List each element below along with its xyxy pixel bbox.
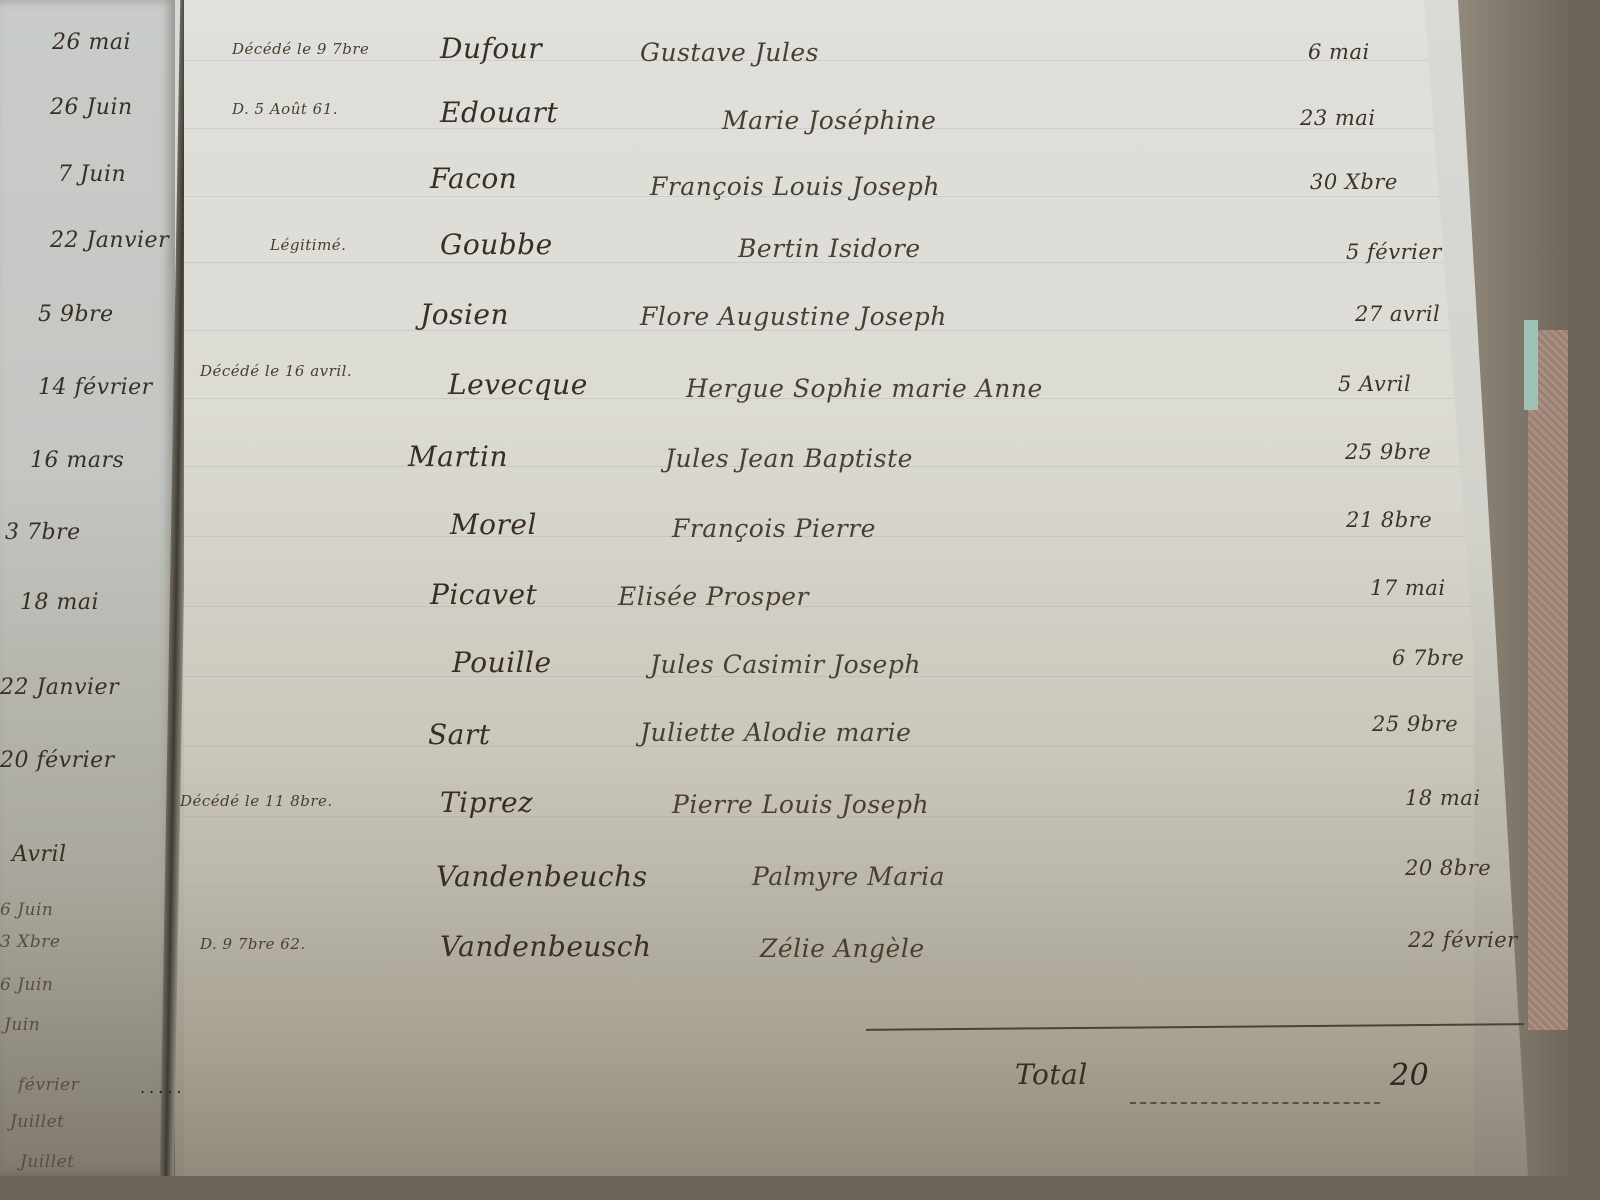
row-given: Marie Joséphine — [722, 106, 936, 135]
left-date: Juillet — [10, 1112, 64, 1132]
left-date: 3 7bre — [5, 520, 81, 545]
row-given: Elisée Prosper — [618, 582, 809, 611]
row-given: Jules Jean Baptiste — [665, 444, 913, 473]
row-date: 18 mai — [1405, 786, 1481, 810]
left-date: 16 mars — [30, 448, 124, 473]
left-date: 26 mai — [52, 30, 131, 55]
row-date: 6 7bre — [1392, 646, 1464, 670]
row-given: Bertin Isidore — [738, 234, 921, 263]
row-surname: Vandenbeusch — [440, 930, 652, 963]
row-date: 5 Avril — [1338, 372, 1411, 396]
row-date: 17 mai — [1370, 576, 1446, 600]
total-label: Total — [1015, 1058, 1088, 1091]
row-note: Décédé le 11 8bre. — [180, 792, 333, 810]
row-date: 25 9bre — [1372, 712, 1458, 736]
row-date: 22 février — [1408, 928, 1518, 952]
left-date: 22 Janvier — [0, 675, 119, 700]
ledger-photo: 26 mai 26 Juin 7 Juin 22 Janvier 5 9bre … — [0, 0, 1568, 1176]
total-leader-dashes — [1130, 1102, 1380, 1104]
row-date: 27 avril — [1355, 302, 1440, 326]
book-cover-lining — [1524, 320, 1538, 410]
row-surname: Levecque — [448, 368, 588, 401]
left-date: 3 Xbre — [0, 932, 60, 952]
row-surname: Morel — [450, 508, 537, 541]
left-date: Juin — [4, 1015, 40, 1035]
row-surname: Tiprez — [440, 786, 533, 819]
row-note: D. 9 7bre 62. — [200, 935, 306, 953]
left-date: 7 Juin — [58, 162, 126, 187]
left-date: 26 Juin — [50, 95, 133, 120]
row-surname: Picavet — [430, 578, 537, 611]
gutter-dots: ..... — [140, 1078, 185, 1097]
row-note: Décédé le 9 7bre — [232, 40, 369, 58]
row-surname: Goubbe — [440, 228, 553, 261]
row-surname: Edouart — [440, 96, 558, 129]
total-value: 20 — [1390, 1058, 1429, 1093]
row-given: François Louis Joseph — [650, 172, 940, 201]
row-given: Jules Casimir Joseph — [650, 650, 921, 679]
row-surname: Facon — [430, 162, 517, 195]
left-date: Juillet — [20, 1152, 74, 1172]
row-date: 30 Xbre — [1310, 170, 1398, 194]
left-date: 18 mai — [20, 590, 99, 615]
row-note: Décédé le 16 avril. — [200, 362, 352, 380]
left-page: 26 mai 26 Juin 7 Juin 22 Janvier 5 9bre … — [0, 0, 175, 1176]
row-date: 5 février — [1346, 240, 1442, 264]
left-date: 6 Juin — [0, 975, 53, 995]
row-given: Flore Augustine Joseph — [640, 302, 947, 331]
row-given: Pierre Louis Joseph — [672, 790, 929, 819]
row-date: 6 mai — [1308, 40, 1370, 64]
row-date: 21 8bre — [1346, 508, 1432, 532]
left-date: 5 9bre — [38, 302, 114, 327]
row-surname: Sart — [428, 718, 491, 751]
row-surname: Josien — [420, 298, 509, 331]
left-date: 20 février — [0, 748, 115, 773]
row-given: Hergue Sophie marie Anne — [686, 374, 1043, 403]
left-date: Avril — [12, 842, 67, 867]
left-date: 22 Janvier — [50, 228, 169, 253]
row-surname: Vandenbeuchs — [436, 860, 648, 893]
book-cover-cloth — [1528, 330, 1568, 1030]
row-surname: Dufour — [440, 32, 542, 65]
row-surname: Pouille — [452, 646, 552, 679]
row-date: 25 9bre — [1345, 440, 1431, 464]
row-given: Palmyre Maria — [752, 862, 945, 891]
row-date: 20 8bre — [1405, 856, 1491, 880]
row-given: François Pierre — [672, 514, 876, 543]
left-date: 14 février — [38, 375, 153, 400]
row-note: D. 5 Août 61. — [232, 100, 338, 118]
left-date: 6 Juin — [0, 900, 53, 920]
row-date: 23 mai — [1300, 106, 1376, 130]
row-note: Légitimé. — [270, 236, 346, 254]
left-date: février — [18, 1075, 79, 1095]
row-given: Zélie Angèle — [760, 934, 925, 963]
row-given: Gustave Jules — [640, 38, 819, 67]
row-given: Juliette Alodie marie — [640, 718, 911, 747]
row-surname: Martin — [408, 440, 508, 473]
